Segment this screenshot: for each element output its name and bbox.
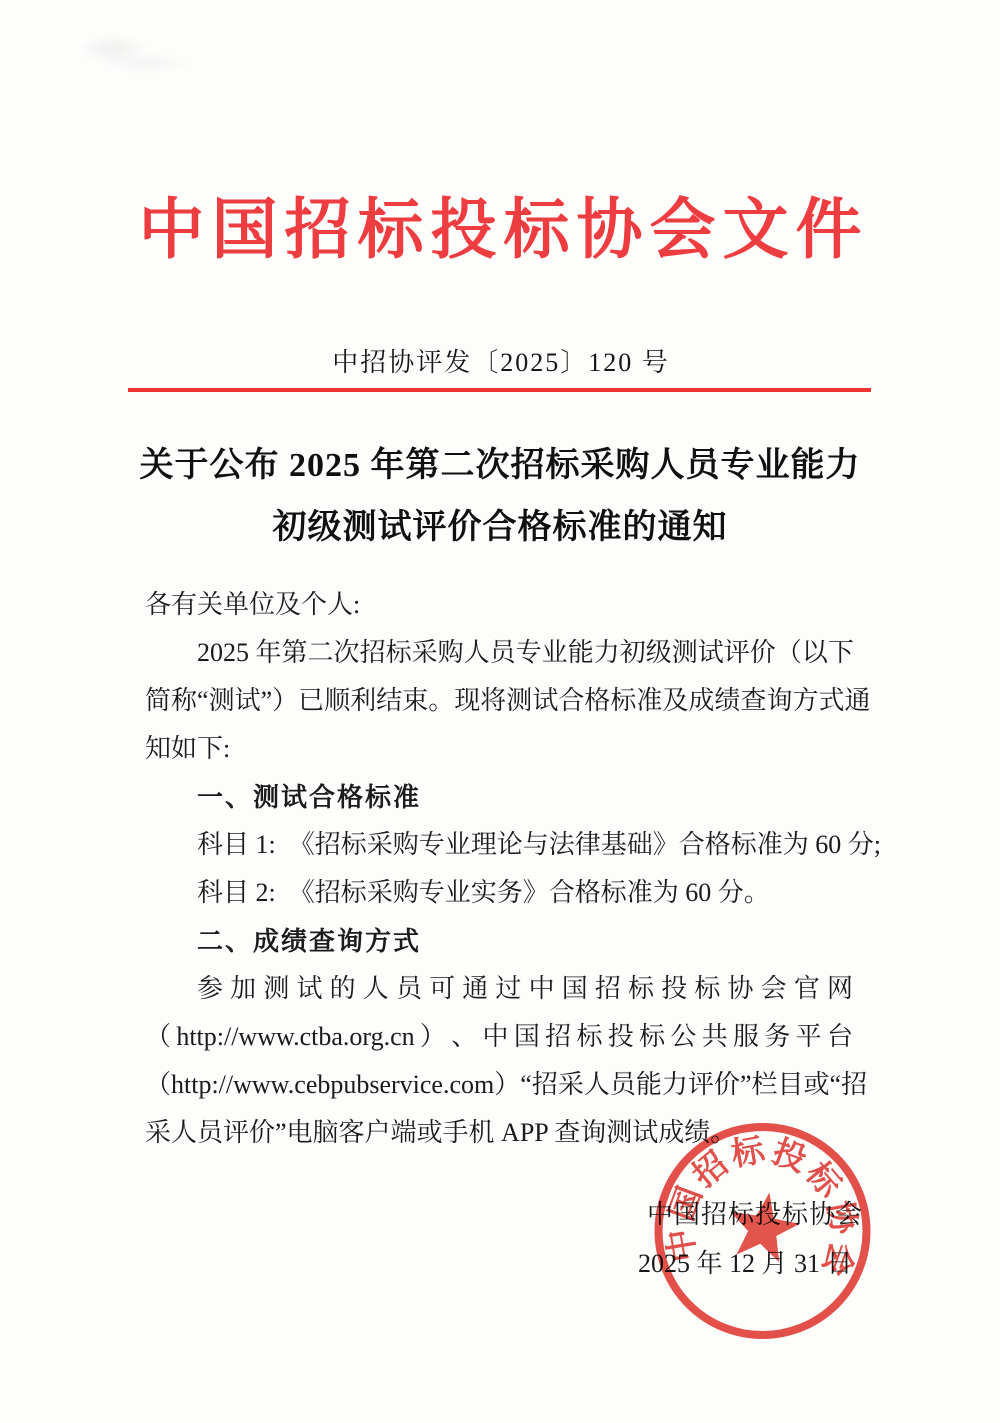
scan-smudge bbox=[78, 34, 148, 64]
notice-title-line2: 初级测试评价合格标准的通知 bbox=[0, 499, 1000, 548]
body-line: 知如下: bbox=[145, 725, 853, 773]
seal-ring bbox=[659, 1127, 867, 1335]
body-line: （http://www.cebpubservice.com）“招采人员能力评价”… bbox=[145, 1061, 853, 1109]
document-header-title: 中国招标投标协会文件 bbox=[0, 176, 1000, 271]
document-number: 中招协评发〔2025〕120 号 bbox=[0, 342, 1000, 379]
body-line: 简称“测试”）已顺利结束。现将测试合格标准及成绩查询方式通 bbox=[145, 677, 853, 725]
notice-body: 各有关单位及个人:2025 年第二次招标采购人员专业能力初级测试评价（以下简称“… bbox=[145, 581, 853, 1157]
body-line: 科目 2: 《招标采购专业实务》合格标准为 60 分。 bbox=[145, 869, 853, 917]
body-line: （http://www.ctba.org.cn）、中国招标投标公共服务平台 bbox=[145, 1013, 853, 1061]
body-line: 一、测试合格标准 bbox=[145, 773, 853, 821]
notice-title-line1: 关于公布 2025 年第二次招标采购人员专业能力 bbox=[0, 437, 1000, 486]
body-line: 采人员评价”电脑客户端或手机 APP 查询测试成绩。 bbox=[145, 1109, 853, 1157]
signature-org: 中国招标投标协会 bbox=[647, 1194, 863, 1231]
document-page: 中国招标投标协会文件 中招协评发〔2025〕120 号 关于公布 2025 年第… bbox=[0, 0, 1000, 1423]
scan-smudge bbox=[100, 52, 190, 74]
body-line: 参加测试的人员可通过中国招标投标协会官网 bbox=[145, 965, 853, 1013]
body-line: 二、成绩查询方式 bbox=[145, 917, 853, 965]
body-line: 科目 1: 《招标采购专业理论与法律基础》合格标准为 60 分; bbox=[145, 821, 853, 869]
header-divider-line bbox=[128, 388, 871, 392]
signature-date: 2025 年 12 月 31 日 bbox=[638, 1243, 853, 1280]
body-line: 2025 年第二次招标采购人员专业能力初级测试评价（以下 bbox=[145, 629, 853, 677]
body-line: 各有关单位及个人: bbox=[145, 581, 853, 629]
